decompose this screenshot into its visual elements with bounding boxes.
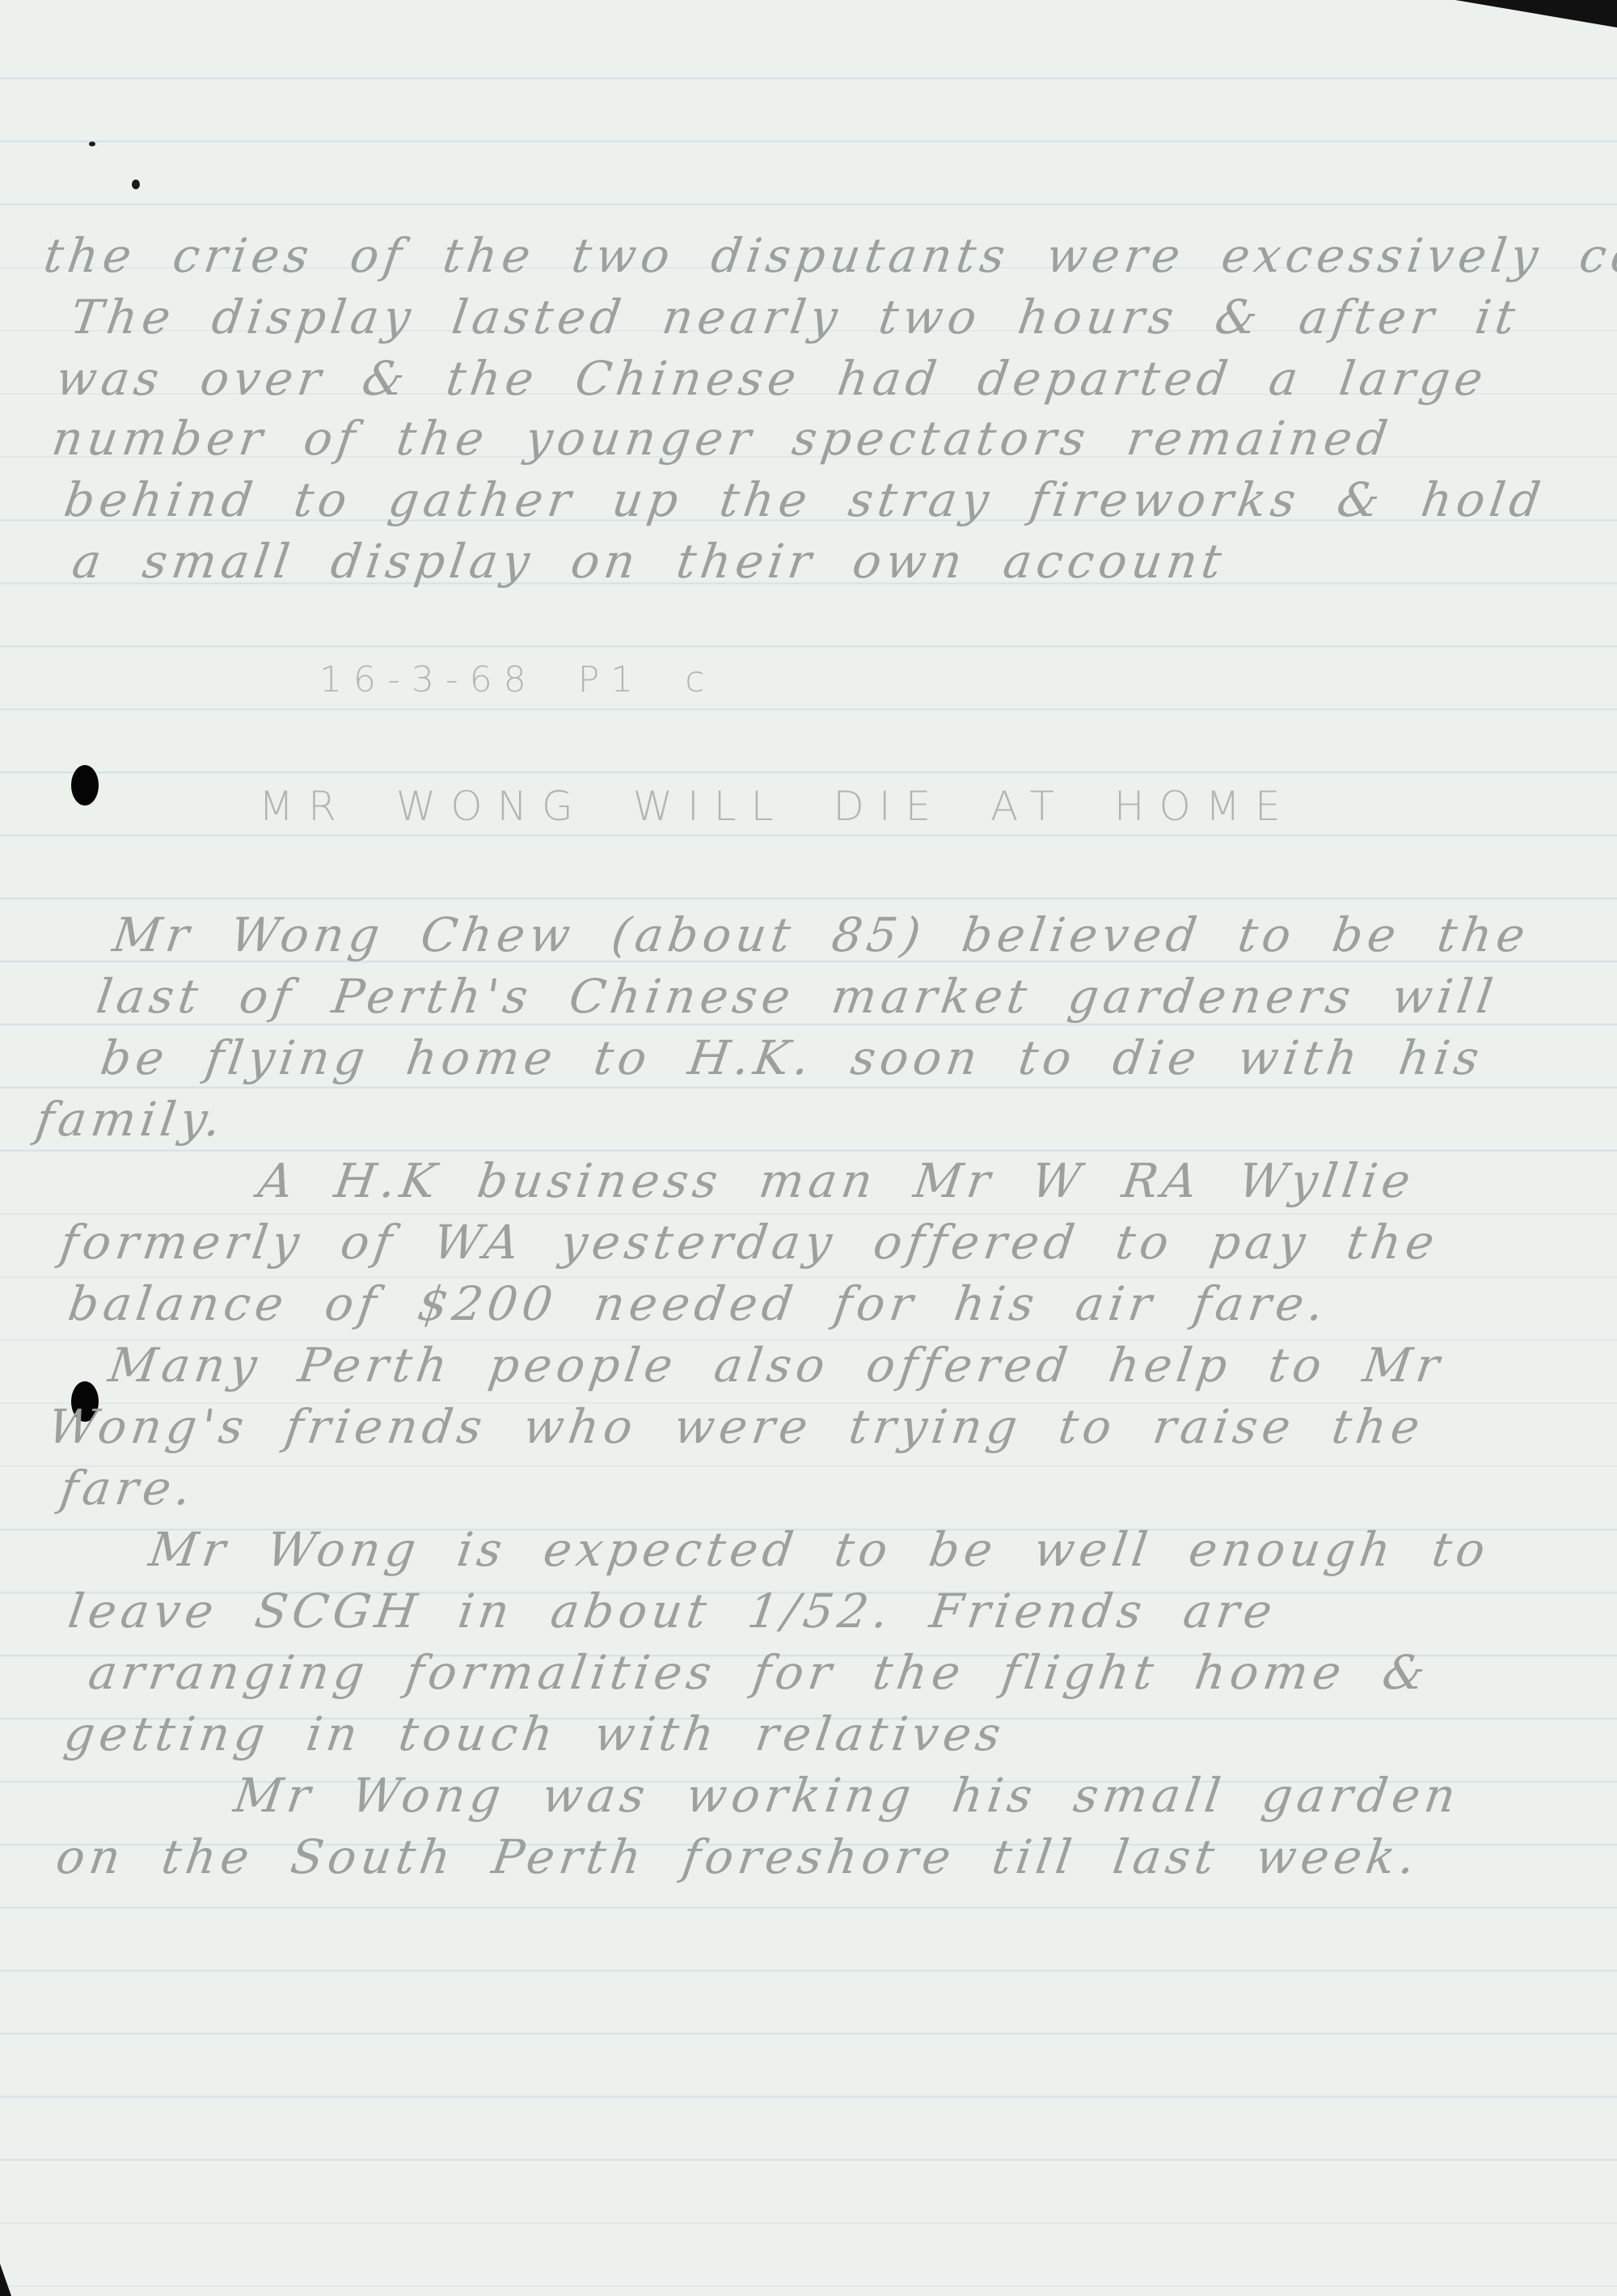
paper-mark <box>132 180 140 189</box>
handwritten-line: number of the younger spectators remaine… <box>49 411 1395 466</box>
handwritten-line: the cries of the two disputants were exc… <box>40 228 1617 283</box>
handwritten-line: formerly of WA yesterday offered to pay … <box>57 1215 1442 1270</box>
handwritten-line: leave SCGH in about 1/52. Friends are <box>65 1584 1280 1638</box>
handwritten-line: balance of $200 needed for his air fare. <box>65 1276 1332 1331</box>
handwritten-line: The display lasted nearly two hours & af… <box>67 290 1523 345</box>
punch-hole <box>71 765 99 806</box>
handwritten-line: a small display on their own account <box>69 534 1230 589</box>
date-reference: 16-3-68 P1 c <box>319 659 716 700</box>
handwritten-line: Mr Wong Chew (about 85) believed to be t… <box>109 907 1533 962</box>
handwritten-line: was over & the Chinese had departed a la… <box>53 351 1491 406</box>
handwritten-line: Many Perth people also offered help to M… <box>105 1338 1447 1393</box>
notebook-page: the cries of the two disputants were exc… <box>0 0 1617 2296</box>
handwritten-line: fare. <box>57 1461 199 1516</box>
scan-background-corner <box>1455 0 1617 27</box>
handwritten-line: Wong's friends who were trying to raise … <box>44 1399 1428 1454</box>
headline: MR WONG WILL DIE AT HOME <box>259 783 1295 830</box>
handwritten-line: behind to gather up the stray fireworks … <box>61 472 1548 527</box>
handwritten-line: Mr Wong is expected to be well enough to <box>146 1522 1493 1577</box>
handwritten-line: getting in touch with relatives <box>61 1706 1008 1761</box>
scan-background-corner <box>0 2264 11 2296</box>
handwritten-line: A H.K business man Mr W RA Wyllie <box>255 1153 1418 1208</box>
handwritten-line: family. <box>32 1092 229 1147</box>
handwritten-line: be flying home to H.K. soon to die with … <box>97 1030 1487 1085</box>
handwritten-line: on the South Perth foreshore till last w… <box>53 1829 1423 1884</box>
handwritten-line: Mr Wong was working his small garden <box>230 1768 1463 1823</box>
handwritten-line: arranging formalities for the flight hom… <box>85 1645 1433 1700</box>
handwritten-line: last of Perth's Chinese market gardeners… <box>93 969 1501 1024</box>
paper-mark <box>89 142 95 146</box>
